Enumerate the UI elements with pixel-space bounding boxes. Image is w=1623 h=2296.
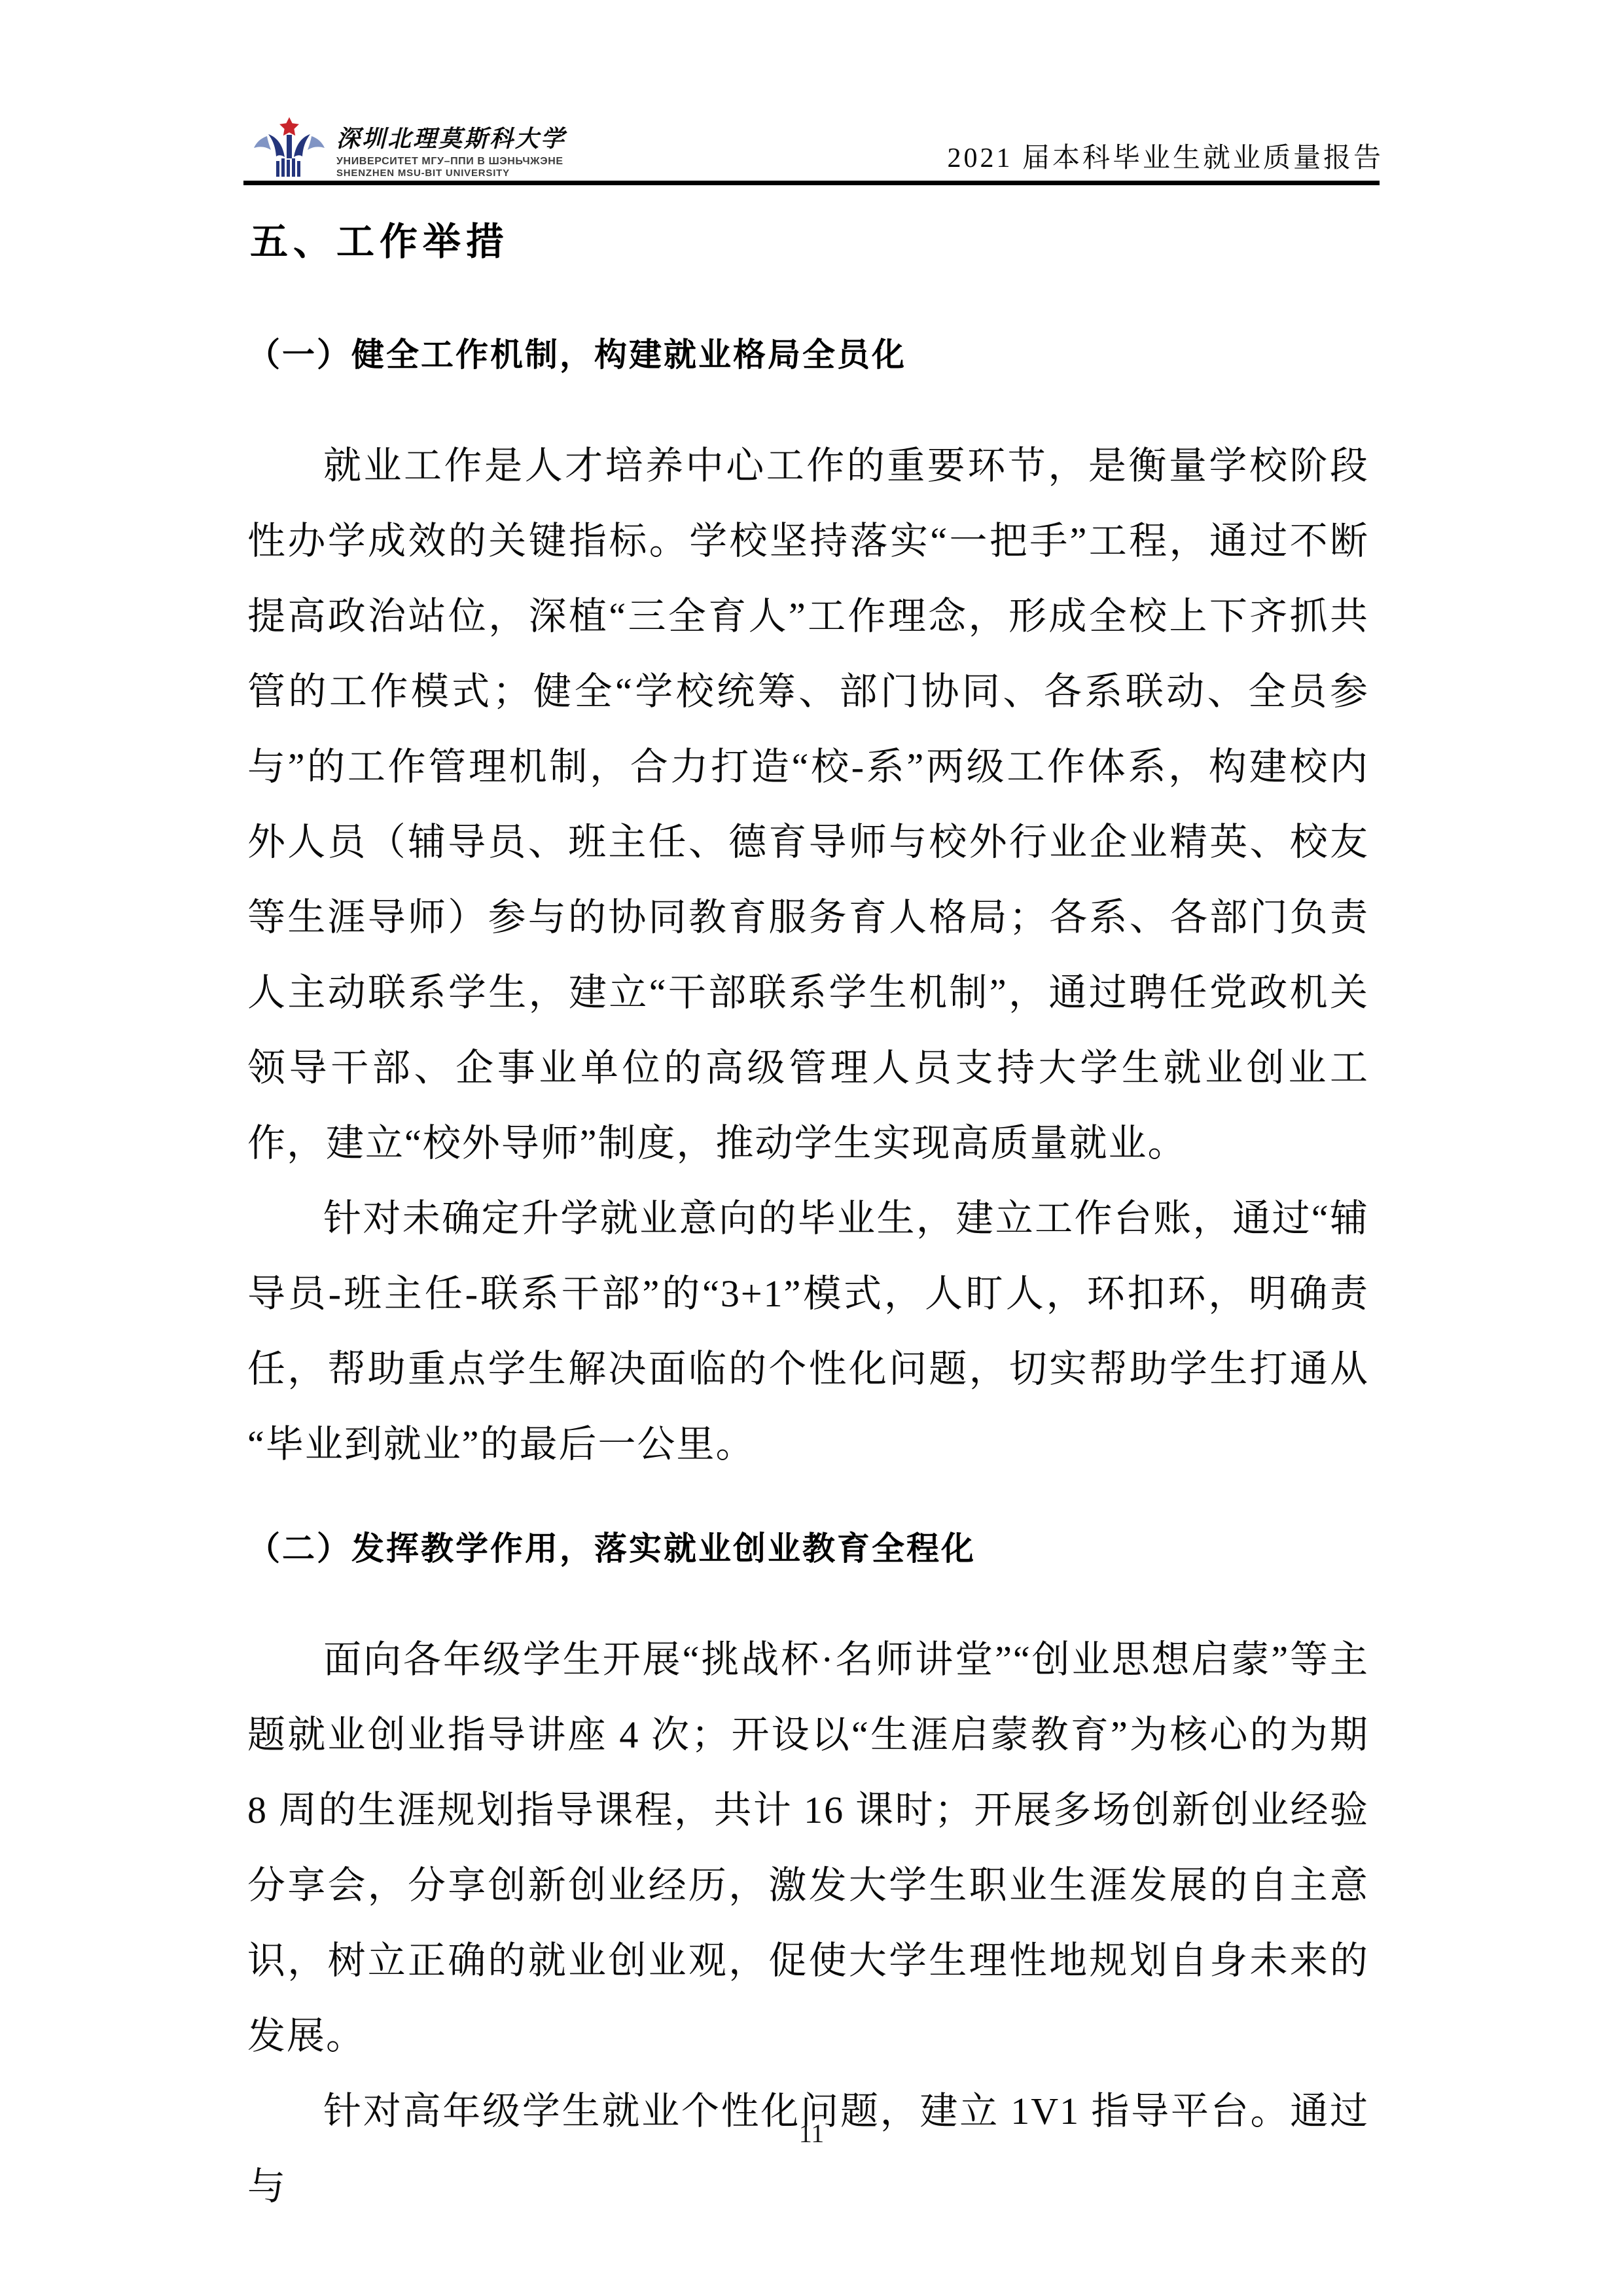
logo-text-block: 深圳北理莫斯科大学 УНИВЕРСИТЕТ МГУ–ППИ В ШЭНЬЧЖЭН…	[336, 117, 566, 179]
subsection-1-title: （一）健全工作机制，构建就业格局全员化	[247, 329, 1369, 376]
logo-russian-name: УНИВЕРСИТЕТ МГУ–ППИ В ШЭНЬЧЖЭНЕ	[336, 156, 566, 168]
page-number: 11	[0, 2118, 1623, 2149]
logo-chinese-name: 深圳北理莫斯科大学	[336, 126, 566, 152]
subsection-1-paragraph-2: 针对未确定升学就业意向的毕业生，建立工作台账，通过“辅导员-班主任-联系干部”的…	[247, 1181, 1369, 1482]
document-page: 深圳北理莫斯科大学 УНИВЕРСИТЕТ МГУ–ППИ В ШЭНЬЧЖЭН…	[0, 0, 1623, 2296]
report-title: 2021 届本科毕业生就业质量报告	[947, 136, 1383, 175]
subsection-2-paragraph-2: 针对高年级学生就业个性化问题，建立 1V1 指导平台。通过与	[247, 2073, 1369, 2224]
page-body: 五、工作举措 （一）健全工作机制，构建就业格局全员化 就业工作是人才培养中心工作…	[247, 211, 1369, 2224]
university-emblem-icon	[253, 117, 326, 179]
subsection-1-paragraph-1: 就业工作是人才培养中心工作的重要环节，是衡量学校阶段性办学成效的关键指标。学校坚…	[247, 428, 1369, 1181]
logo-english-name: SHENZHEN MSU-BIT UNIVERSITY	[336, 168, 566, 179]
subsection-2-title: （二）发挥教学作用，落实就业创业教育全程化	[247, 1522, 1369, 1570]
header-divider	[243, 181, 1380, 185]
section-title: 五、工作举措	[250, 211, 1369, 266]
university-logo: 深圳北理莫斯科大学 УНИВЕРСИТЕТ МГУ–ППИ В ШЭНЬЧЖЭН…	[253, 117, 566, 179]
subsection-2-paragraph-1: 面向各年级学生开展“挑战杯·名师讲堂”“创业思想启蒙”等主题就业创业指导讲座 4…	[247, 1622, 1369, 2073]
